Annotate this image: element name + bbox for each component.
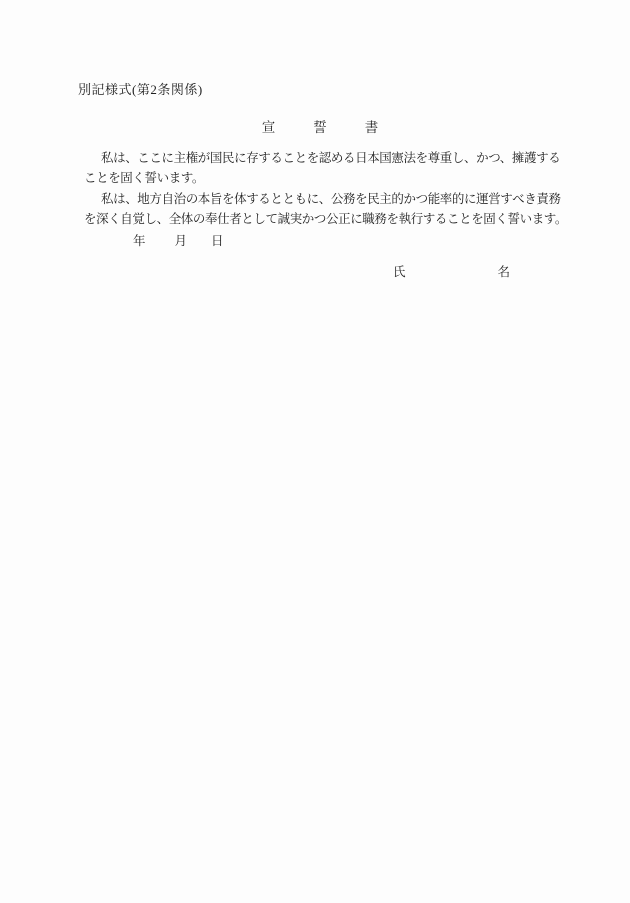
oath-body: 私は、ここに主権が国民に存することを認める日本国憲法を尊重し、かつ、擁護する こ…: [84, 148, 560, 230]
title-char-3: 書: [365, 116, 379, 136]
oath-paragraph-2-line-1: 私は、地方自治の本旨を体するとともに、公務を民主的かつ能率的に運営すべき責務: [84, 189, 560, 209]
oath-document-page: 別記様式(第2条関係) 宣 誓 書 私は、ここに主権が国民に存することを認める日…: [0, 0, 630, 903]
date-line: 年 月 日: [133, 234, 224, 249]
day-label: 日: [211, 234, 224, 249]
signature-name-line: 氏 名: [393, 265, 510, 280]
month-label: 月: [175, 234, 188, 249]
oath-paragraph-1-line-1: 私は、ここに主権が国民に存することを認める日本国憲法を尊重し、かつ、擁護する: [84, 148, 560, 168]
name-label-given: 名: [498, 265, 511, 280]
form-reference: 別記様式(第2条関係): [78, 79, 203, 98]
oath-paragraph-1-line-2: ことを固く誓います。: [84, 168, 560, 188]
year-label: 年: [133, 234, 146, 249]
title-char-2: 誓: [313, 116, 327, 136]
document-title: 宣 誓 書: [84, 116, 556, 136]
name-label-family: 氏: [393, 265, 406, 280]
title-char-1: 宣: [262, 116, 276, 136]
oath-paragraph-2-line-2: を深く自覚し、全体の奉仕者として誠実かつ公正に職務を執行することを固く誓います。: [84, 209, 560, 229]
